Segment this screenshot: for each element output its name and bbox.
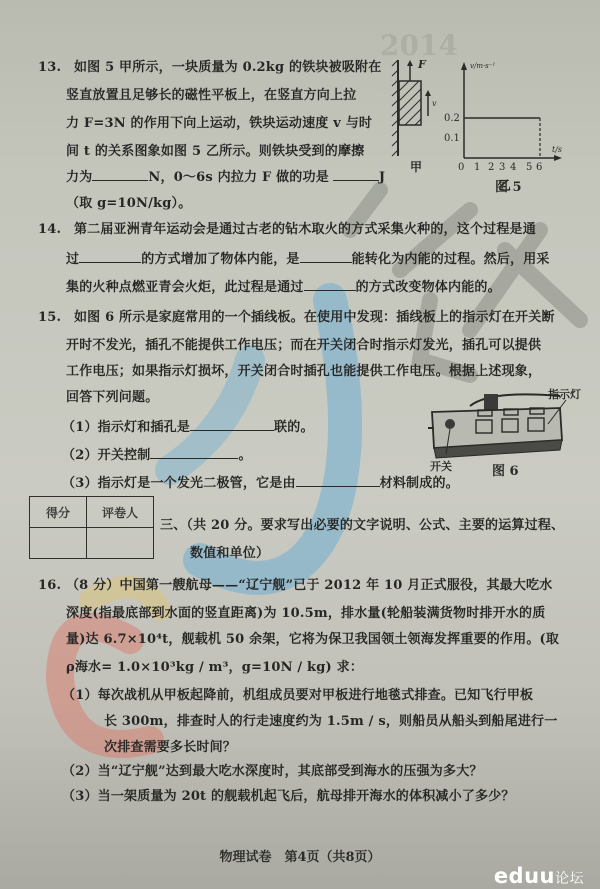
velocity-arrow-icon	[425, 90, 431, 116]
q15-line-3: 工作电压；如果指示灯损坏，开关闭合时插孔也能提供工作电压。根据上述现象，	[66, 360, 541, 379]
section-3-heading-cont: 数值和单位）	[190, 542, 269, 561]
q16-number: 16.	[38, 578, 61, 593]
score-cell[interactable]	[30, 528, 87, 559]
q16-line-3: 量)达 6.7×10⁴t，舰载机 50 余架，它将为保卫我国领土领海发挥重要的作…	[66, 628, 559, 647]
svg-text:t/s: t/s	[552, 145, 562, 154]
page-footer: 物理试卷 第4页（共8页）	[0, 846, 600, 865]
q16-sub1-line-2: 长 300m，排查时人的行走速度约为 1.5m / s，则船员从船头到船尾进行一	[104, 710, 557, 729]
q13-answer-blank-friction[interactable]	[92, 168, 148, 181]
q16-line-4: ρ海水= 1.0×10³kg / m³，g=10N / kg) 求：	[66, 656, 363, 675]
q14-line-1: 14. 第二届亚洲青年运动会是通过古老的钻木取火的方式采集火种的，这个过程是通	[38, 218, 536, 237]
eduu-watermark-logo: eduu论坛	[494, 864, 584, 888]
wall-hatch-icon	[392, 60, 398, 156]
score-table: 得分 评卷人	[29, 496, 154, 559]
q14-answer-blank-2[interactable]	[300, 250, 352, 263]
q13-answer-blank-work[interactable]	[333, 168, 379, 181]
svg-text:0: 0	[458, 162, 464, 173]
q15-line-2: 开时不发光，插孔不能提供工作电压；而在开关闭合时指示灯发光，插孔可以提供	[66, 334, 541, 353]
q16-sub2: （2）当“辽宁舰”达到最大吃水深度时，其底部受到海水的压强为多大？	[62, 760, 483, 779]
q15-line-4: 回答下列问题。	[66, 386, 158, 405]
svg-text:开关: 开关	[430, 459, 452, 473]
q13-text: 如图 5 甲所示，一块质量为 0.2kg 的铁块被吸附在	[74, 60, 381, 75]
q15-sub2: （2）开关控制。	[62, 444, 252, 463]
q16-line-1: 16. （8 分）中国第一艘航母——“辽宁舰”已于 2012 年 10 月正式服…	[38, 574, 552, 593]
q15-line-1: 15. 如图 6 所示是家庭常用的一个插线板。在使用中发现：插线板上的指示灯在开…	[38, 306, 555, 325]
svg-text:指示灯: 指示灯	[548, 387, 581, 401]
svg-text:4: 4	[510, 162, 516, 173]
q16-sub1-line-3: 次排查需要多长时间？	[104, 736, 236, 755]
grader-header: 评卷人	[87, 497, 154, 528]
q14-number: 14.	[38, 222, 61, 237]
q15-answer-blank-3[interactable]	[296, 474, 380, 487]
svg-text:v/m·s⁻¹: v/m·s⁻¹	[470, 62, 495, 70]
q14-answer-blank-3[interactable]	[304, 278, 356, 291]
q13-line-6: （取 g=10N/kg）。	[66, 192, 191, 211]
grader-cell[interactable]	[87, 528, 154, 559]
svg-text:甲: 甲	[410, 160, 422, 174]
q14-line-3: 集的火种点燃亚青会火炬，此过程是通过的方式改变物体内能的。	[66, 276, 501, 295]
svg-text:0.2: 0.2	[444, 113, 460, 124]
q15-sub3: （3）指示灯是一个发光二极管，它是由材料制成的。	[62, 472, 459, 491]
svg-text:2: 2	[488, 162, 494, 173]
q15-answer-blank-1[interactable]	[190, 418, 274, 431]
force-arrow-icon	[407, 60, 413, 81]
figure-5-diagram: F v 甲 v/m·s⁻¹ t/s 0.2 0.1 0 1 2 3 4 5 6 …	[390, 48, 590, 218]
svg-text:F: F	[417, 58, 427, 71]
svg-text:1: 1	[474, 162, 480, 173]
svg-text:3: 3	[499, 162, 505, 173]
q14-line-2: 过的方式增加了物体内能，是能转化为内能的过程。然后，用采	[66, 248, 550, 267]
plug-icon	[484, 394, 498, 412]
score-header: 得分	[30, 497, 87, 528]
q13-line-4: 间 t 的关系图象如图 5 乙所示。则铁块受到的摩擦	[66, 140, 364, 159]
q13-line-5: 力为N，0～6s 内拉力 F 做的功是J	[66, 166, 385, 185]
svg-text:0.1: 0.1	[444, 133, 460, 144]
q16-sub3: （3）当一架质量为 20t 的舰载机起飞后，航母排开海水的体积减小了多少？	[62, 785, 515, 804]
q13-line-3: 力 F=3N 的作用下向上运动，铁块运动速度 v 与时	[66, 112, 372, 131]
switch-button-icon	[445, 419, 455, 429]
q14-answer-blank-1[interactable]	[79, 250, 141, 263]
q15-sub1: （1）指示灯和插孔是联的。	[62, 416, 314, 435]
svg-text:6: 6	[536, 162, 542, 173]
q13-line-2: 竖直放置且足够长的磁性平板上，在竖直方向上拉	[66, 84, 356, 103]
section-3-heading: 三、（共 20 分。要求写出必要的文字说明、公式、主要的运算过程、	[160, 514, 564, 533]
figure-5-caption: 图 5	[495, 176, 522, 195]
q13-line-1: 13. 如图 5 甲所示，一块质量为 0.2kg 的铁块被吸附在	[38, 56, 381, 75]
svg-text:v: v	[432, 99, 437, 108]
svg-text:2014: 2014	[380, 29, 458, 62]
figure-6-caption: 图 6	[492, 460, 519, 479]
exam-page: 2014 13. 如图 5 甲所示，一块质量为 0.2kg 的铁块被吸附在 竖直…	[0, 0, 600, 889]
svg-text:5: 5	[526, 162, 532, 173]
q15-number: 15.	[38, 310, 61, 325]
q16-sub1-line-1: （1）每次战机从甲板起降前，机组成员要对甲板进行地毯式排查。已知飞行甲板	[62, 684, 533, 703]
q15-answer-blank-2[interactable]	[150, 446, 238, 459]
vt-graph: v/m·s⁻¹ t/s 0.2 0.1 0 1 2 3 4 5 6 乙	[444, 62, 562, 194]
q16-line-2: 深度(指最底部到水面的竖直距离)为 10.5m，排水量(轮船装满货物时排开水的质	[66, 602, 545, 621]
q13-number: 13.	[38, 60, 61, 75]
